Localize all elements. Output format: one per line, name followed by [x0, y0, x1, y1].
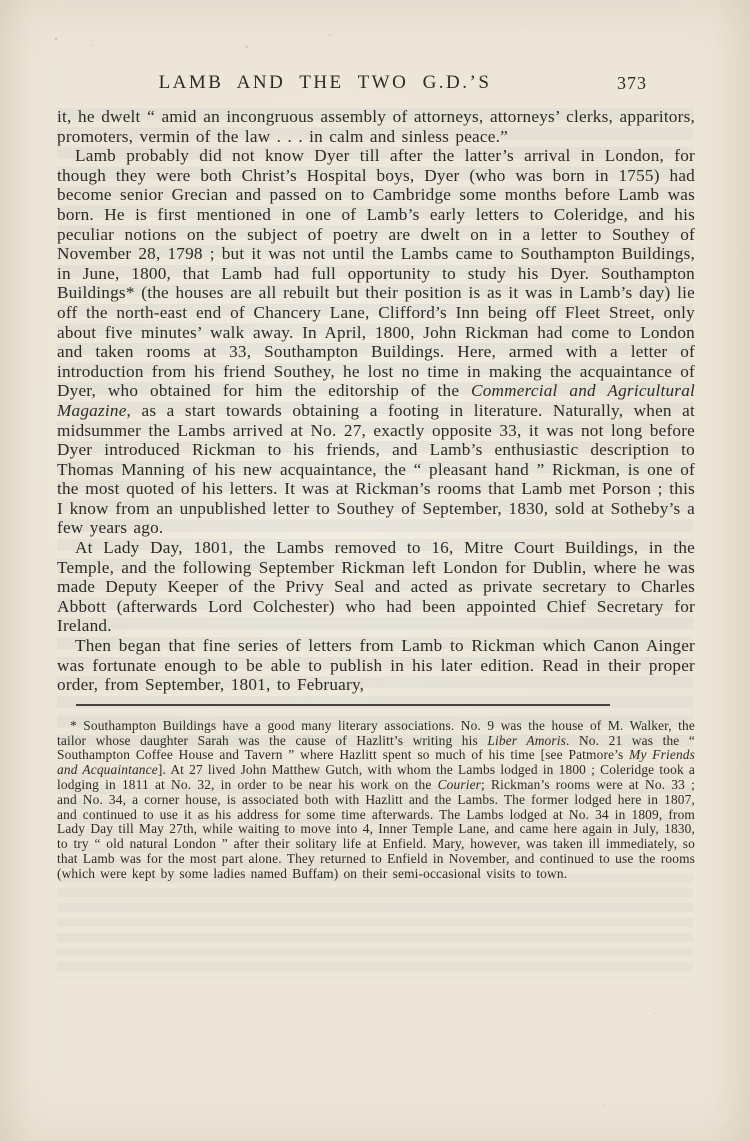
footnote: * Southampton Buildings have a good many… [57, 719, 695, 882]
text-segment: it, he dwelt “ amid an incongruous assem… [57, 107, 695, 146]
running-head: LAMB AND THE TWO G.D.’S 373 [57, 0, 693, 94]
text-segment: , as a start towards obtaining a footing… [57, 401, 695, 538]
text-segment: ; Rickman’s rooms were at No. 33 ; and N… [57, 777, 695, 881]
text-segment: At Lady Day, 1801, the Lambs removed to … [57, 538, 695, 635]
running-head-title: LAMB AND THE TWO G.D.’S [159, 72, 492, 93]
page-content: LAMB AND THE TWO G.D.’S 373 it, he dwelt… [0, 0, 750, 882]
paragraph: * Southampton Buildings have a good many… [57, 719, 695, 882]
text-segment: Lamb probably did not know Dyer till aft… [57, 146, 695, 400]
paragraph: it, he dwelt “ amid an incongruous assem… [57, 107, 695, 146]
footnote-separator-rule [76, 704, 610, 706]
paragraph: Then began that fine series of letters f… [57, 636, 695, 695]
page-number: 373 [617, 72, 647, 94]
text-segment: Then began that fine series of letters f… [57, 636, 695, 694]
body-text: it, he dwelt “ amid an incongruous assem… [57, 107, 695, 695]
paragraph: Lamb probably did not know Dyer till aft… [57, 146, 695, 538]
paragraph: At Lady Day, 1801, the Lambs removed to … [57, 538, 695, 636]
italic-text-segment: Courier [438, 777, 481, 792]
italic-text-segment: Liber Amoris [487, 733, 566, 748]
book-page-scan: LAMB AND THE TWO G.D.’S 373 it, he dwelt… [0, 0, 750, 1141]
